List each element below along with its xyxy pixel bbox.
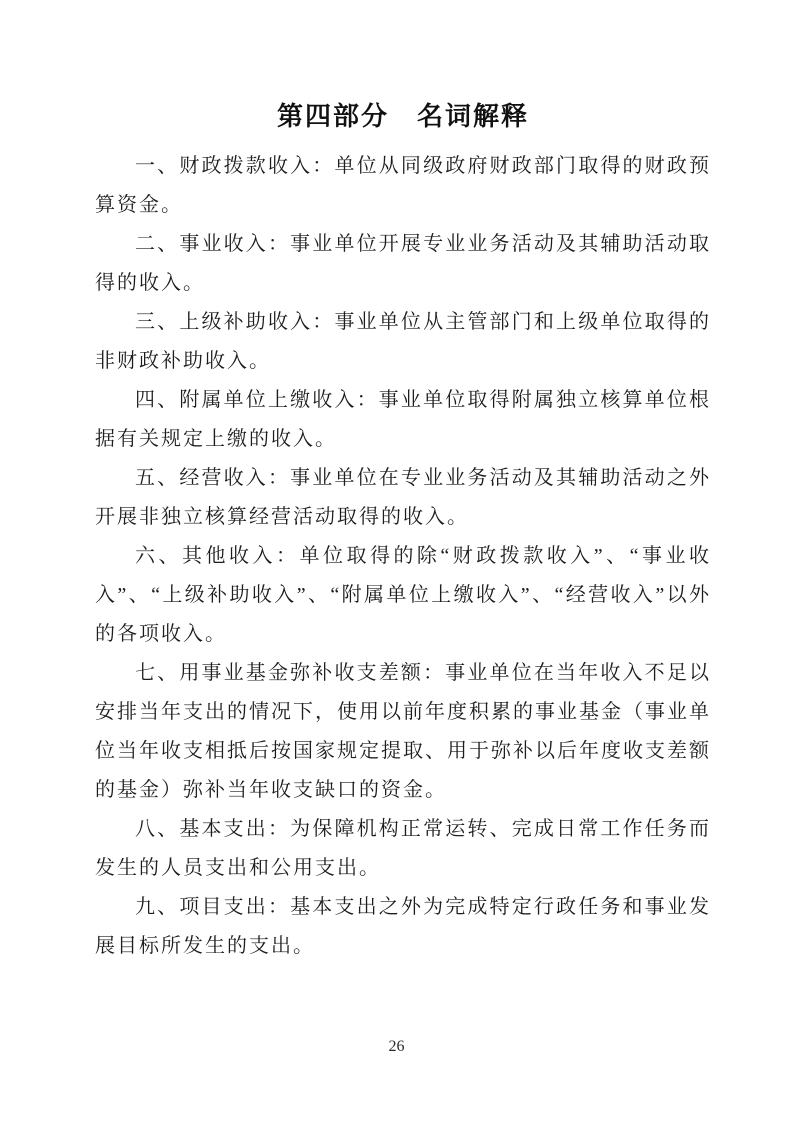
definition-paragraph-6: 六、其他收入：单位取得的除“财政拨款收入”、“事业收入”、“上级补助收入”、“附… <box>95 537 711 654</box>
document-page: 第四部分 名词解释 一、财政拨款收入：单位从同级政府财政部门取得的财政预算资金。… <box>0 0 793 1122</box>
definition-paragraph-5: 五、经营收入：事业单位在专业业务活动及其辅助活动之外开展非独立核算经营活动取得的… <box>95 459 711 537</box>
definition-paragraph-3: 三、上级补助收入：事业单位从主管部门和上级单位取得的非财政补助收入。 <box>95 303 711 381</box>
definition-paragraph-1: 一、财政拨款收入：单位从同级政府财政部门取得的财政预算资金。 <box>95 147 711 225</box>
definition-paragraph-8: 八、基本支出：为保障机构正常运转、完成日常工作任务而发生的人员支出和公用支出。 <box>95 810 711 888</box>
definition-paragraph-9: 九、项目支出：基本支出之外为完成特定行政任务和事业发展目标所发生的支出。 <box>95 888 711 966</box>
definition-paragraph-7: 七、用事业基金弥补收支差额：事业单位在当年收入不足以安排当年支出的情况下，使用以… <box>95 654 711 810</box>
page-title: 第四部分 名词解释 <box>95 96 711 136</box>
definition-paragraph-2: 二、事业收入：事业单位开展专业业务活动及其辅助活动取得的收入。 <box>95 225 711 303</box>
page-number: 26 <box>0 1038 793 1056</box>
definition-paragraph-4: 四、附属单位上缴收入：事业单位取得附属独立核算单位根据有关规定上缴的收入。 <box>95 381 711 459</box>
glossary-body: 一、财政拨款收入：单位从同级政府财政部门取得的财政预算资金。 二、事业收入：事业… <box>95 147 711 966</box>
page-content: 第四部分 名词解释 一、财政拨款收入：单位从同级政府财政部门取得的财政预算资金。… <box>95 96 711 966</box>
